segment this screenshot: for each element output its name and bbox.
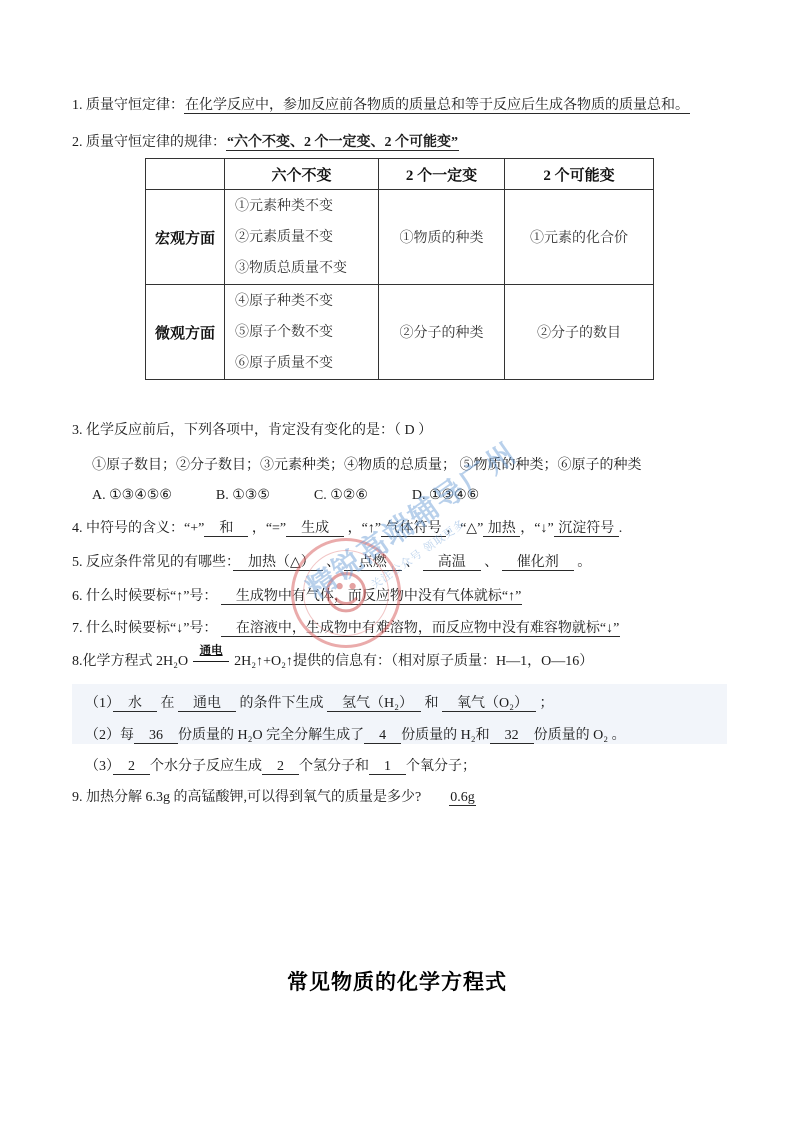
text-segment-answer-blank: 1 (369, 759, 406, 775)
text-segment: 、 (402, 555, 423, 570)
item-3-options: A. ①③④⑤⑥B. ①③⑤C. ①②⑥D. ①③④⑥ (92, 486, 479, 506)
cell-macro-unchanged: ①元素种类不变②元素质量不变③物质总质量不变 (225, 190, 379, 285)
item-5: 5. 反应条件常见的有哪些： 加热（△） 、 点燃 、 高温 、 催化剂 。 (72, 553, 591, 573)
text-segment-answer-blank: 点燃 (344, 555, 402, 571)
list-item: A. ①③④⑤⑥ (92, 486, 172, 506)
text-segment: ，“↑” (344, 521, 381, 536)
condition-text: 通电 (200, 645, 223, 658)
item-8-sub-1: （1） 水 在 通电 的条件下生成 氢气（H₂） 和 氧气（O₂） ； (85, 694, 554, 714)
text-segment-answer-blank: 催化剂 (502, 555, 574, 571)
cell-micro-may-change: ②分子的数目 (505, 285, 654, 380)
cell-macro-may-change: ①元素的化合价 (505, 190, 654, 285)
item-8: 8.化学方程式 2H₂O通电2H₂↑+O₂↑提供的信息有：（相对原子质量：H—1… (72, 651, 593, 672)
item-9: 9. 加热分解 6.3g 的高锰酸钾,可以得到氧气的质量是多少? 0.6g (72, 788, 476, 808)
list-item: D. ①③④⑥ (412, 486, 479, 506)
text-segment: 份质量的 H₂O 完全分解生成了 (178, 728, 364, 743)
text-segment: 份质量的 O₂ 。 (534, 728, 626, 743)
text-segment: 和 (421, 696, 442, 711)
text-segment: 7. 什么时候要标“↓”号： (72, 621, 221, 636)
item-2: 2. 质量守恒定律的规律：“六个不变、2 个一定变、2 个可能变” (72, 133, 459, 153)
document-page: 精锐高端辅导广州 关注公众号 领取更多 ☺ 1. 质量守恒定律：在化学反应中，参… (0, 0, 794, 1123)
table-row-micro: 微观方面 ④原子种类不变⑤原子个数不变⑥原子质量不变 ②分子的种类 ②分子的数目 (146, 285, 654, 380)
text-segment: 在 (157, 696, 178, 711)
text-segment: 、 (481, 555, 502, 570)
mass-conservation-table: 六个不变 2 个一定变 2 个可能变 宏观方面 ①元素种类不变②元素质量不变③物… (145, 158, 654, 380)
item-8-sub-3: （3） 2 个水分子反应生成 2 个氢分子和 1 个氧分子； (85, 757, 476, 777)
text-segment-answer-blank: 2 (262, 759, 299, 775)
text-segment-answer-blank: 36 (134, 728, 178, 744)
text-segment-answer-blank: 4 (364, 728, 401, 744)
item-8-pre: 8.化学方程式 2H₂O (72, 654, 188, 669)
item-3-list: ①原子数目；②分子数目；③元素种类；④物质的总质量； ⑤物质的种类；⑥原子的种类 (92, 456, 642, 476)
text-segment: 、 (323, 555, 344, 570)
row-label-micro: 微观方面 (146, 285, 225, 380)
text-segment-answer-blank: 沉淀符号 (554, 521, 619, 537)
text-segment-answer-blank: 32 (490, 728, 534, 744)
text-segment: （1） (85, 696, 113, 711)
table-row-macro: 宏观方面 ①元素种类不变②元素质量不变③物质总质量不变 ①物质的种类 ①元素的化… (146, 190, 654, 285)
list-item: ⑤原子个数不变 (225, 317, 378, 348)
header-two-may-change: 2 个可能变 (505, 159, 654, 190)
text-segment: 2. 质量守恒定律的规律： (72, 135, 226, 150)
header-empty (146, 159, 225, 190)
text-segment-answer-blank: 氧气（O₂） (442, 696, 536, 712)
text-segment: 5. 反应条件常见的有哪些： (72, 555, 233, 570)
text-segment: 份质量的 H₂和 (401, 728, 490, 743)
text-segment-answer-blank: 通电 (178, 696, 236, 712)
list-item: ④原子种类不变 (225, 286, 378, 317)
table-header-row: 六个不变 2 个一定变 2 个可能变 (146, 159, 654, 190)
text-segment-answer-blank: 在化学反应中，参加反应前各物质的质量总和等于反应后生成各物质的质量总和。 (184, 98, 690, 114)
list-item: ⑥原子质量不变 (225, 348, 378, 379)
text-segment-answer-blank: 加热（△） (233, 555, 323, 571)
text-segment-answer-blank: 氢气（H₂） (327, 696, 421, 712)
text-segment: ，“=” (248, 521, 286, 536)
text-segment-answer-blank: 加热 (483, 521, 520, 537)
text-segment: 。 (574, 555, 592, 570)
text-segment-answer-blank: 生成物中有气体，而反应物中没有气体就标“↑” (221, 589, 522, 605)
text-segment: 3. 化学反应前后，下列各项中，肯定没有变化的是：（ D ） (72, 423, 432, 438)
section-title: 常见物质的化学方程式 (0, 966, 794, 996)
text-segment: 的条件下生成 (236, 696, 327, 711)
text-segment-answer-blank: 0.6g (449, 790, 476, 806)
text-segment: （3） (85, 759, 113, 774)
text-segment: （2）每 (85, 728, 134, 743)
text-segment-answer-blank: 在溶液中，生成物中有难溶物，而反应物中没有难容物就标“↓” (221, 621, 620, 637)
text-segment-answer-blank: 高温 (423, 555, 481, 571)
list-item: ③物质总质量不变 (225, 253, 378, 284)
text-segment: 1. 质量守恒定律： (72, 98, 184, 113)
item-3: 3. 化学反应前后，下列各项中，肯定没有变化的是：（ D ） (72, 421, 432, 441)
list-item: ②元素质量不变 (225, 222, 378, 253)
list-item: ①元素种类不变 (225, 191, 378, 222)
text-segment: ，“↓” (520, 521, 553, 536)
item-4: 4. 中符号的含义：“+” 和 ，“=” 生成 ，“↑” 气体符号 ，“△” 加… (72, 519, 622, 539)
text-segment-answer-blank: 气体符号 (381, 521, 446, 537)
cell-micro-must-change: ②分子的种类 (379, 285, 505, 380)
item-1: 1. 质量守恒定律：在化学反应中，参加反应前各物质的质量总和等于反应后生成各物质… (72, 96, 690, 116)
text-segment: 4. 中符号的含义：“+” (72, 521, 204, 536)
item-7: 7. 什么时候要标“↓”号： 在溶液中，生成物中有难溶物，而反应物中没有难容物就… (72, 619, 620, 639)
text-segment: 6. 什么时候要标“↑”号： (72, 589, 221, 604)
cell-macro-must-change: ①物质的种类 (379, 190, 505, 285)
text-segment: . (619, 521, 623, 536)
text-segment: ； (536, 696, 554, 711)
text-segment-answer-blank: “六个不变、2 个一定变、2 个可能变” (226, 135, 459, 151)
cell-micro-unchanged: ④原子种类不变⑤原子个数不变⑥原子质量不变 (225, 285, 379, 380)
header-six-unchanged: 六个不变 (225, 159, 379, 190)
item-6: 6. 什么时候要标“↑”号： 生成物中有气体，而反应物中没有气体就标“↑” (72, 587, 522, 607)
text-segment: 9. 加热分解 6.3g 的高锰酸钾,可以得到氧气的质量是多少? (72, 790, 449, 805)
item-8-sub-2: （2）每 36 份质量的 H₂O 完全分解生成了 4 份质量的 H₂和 32 份… (85, 726, 626, 746)
text-segment-answer-blank: 生成 (286, 521, 344, 537)
text-segment: 个氢分子和 (299, 759, 369, 774)
equation-condition: 通电 (193, 651, 229, 665)
header-two-must-change: 2 个一定变 (379, 159, 505, 190)
list-item: B. ①③⑤ (216, 486, 270, 506)
item-8-post: 2H₂↑+O₂↑提供的信息有：（相对原子质量：H—1，O—16） (234, 654, 593, 669)
list-item: C. ①②⑥ (314, 486, 368, 506)
row-label-macro: 宏观方面 (146, 190, 225, 285)
text-segment: 个氧分子； (406, 759, 476, 774)
text-segment: 个水分子反应生成 (150, 759, 262, 774)
text-segment-answer-blank: 2 (113, 759, 150, 775)
text-segment-answer-blank: 水 (113, 696, 157, 712)
text-segment: ，“△” (446, 521, 483, 536)
text-segment-answer-blank: 和 (204, 521, 248, 537)
